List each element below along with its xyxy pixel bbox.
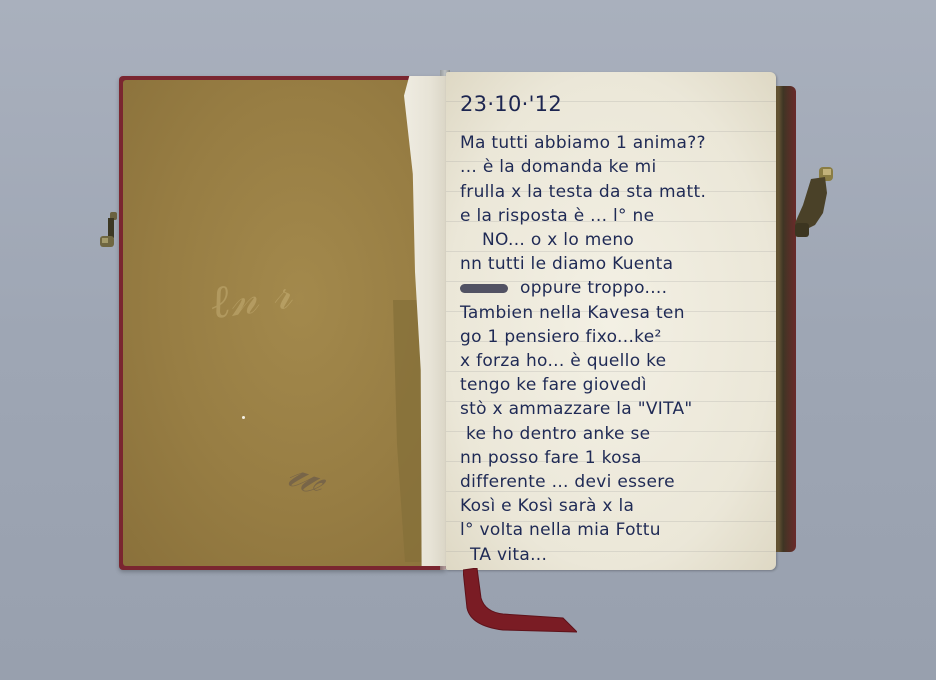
entry-line: x forza ho... è quello ke <box>460 349 780 373</box>
paper-speck <box>242 416 245 419</box>
entry-line: e la risposta è ... l° ne <box>460 204 780 228</box>
embossed-writing: ℓ𝓃 𝓇 <box>206 265 294 332</box>
entry-line: TA vita... <box>460 543 780 567</box>
crossed-out-word <box>460 284 508 293</box>
entry-line: tengo ke fare giovedì <box>460 373 780 397</box>
diary-photo: ℓ𝓃 𝓇 𝓌 23·10·'12 Ma tutti abbiamo 1 anim… <box>0 0 936 680</box>
entry-line: NO... o x lo meno <box>460 228 780 252</box>
entry-line: ... è la domanda ke mi <box>460 155 780 179</box>
entry-line: nn posso fare 1 kosa <box>460 446 780 470</box>
bookmark-ribbon <box>463 568 577 634</box>
entry-line: stò x ammazzare la "VITA" <box>460 397 780 421</box>
entry-line: go 1 pensiero fixo...ke² <box>460 325 780 349</box>
entry-line: Ma tutti abbiamo 1 anima?? <box>460 131 780 155</box>
entry-line: l° volta nella mia Fottu <box>460 518 780 542</box>
diary-entry: 23·10·'12 Ma tutti abbiamo 1 anima?? ...… <box>460 92 780 567</box>
entry-line: oppure troppo.... <box>520 278 667 298</box>
entry-line: differente ... devi essere <box>460 470 780 494</box>
entry-line: ke ho dentro anke se <box>460 422 780 446</box>
entry-line: frulla x la testa da sta matt. <box>460 180 780 204</box>
left-clasp-hinge <box>98 210 122 250</box>
right-clasp-latch <box>793 163 837 243</box>
entry-line: Tambien nella Kavesa ten <box>460 301 780 325</box>
entry-date: 23·10·'12 <box>460 92 780 116</box>
entry-line-struck: oppure troppo.... <box>460 276 780 300</box>
entry-line: nn tutti le diamo Kuenta <box>460 252 780 276</box>
entry-line: Kosì e Kosì sarà x la <box>460 494 780 518</box>
